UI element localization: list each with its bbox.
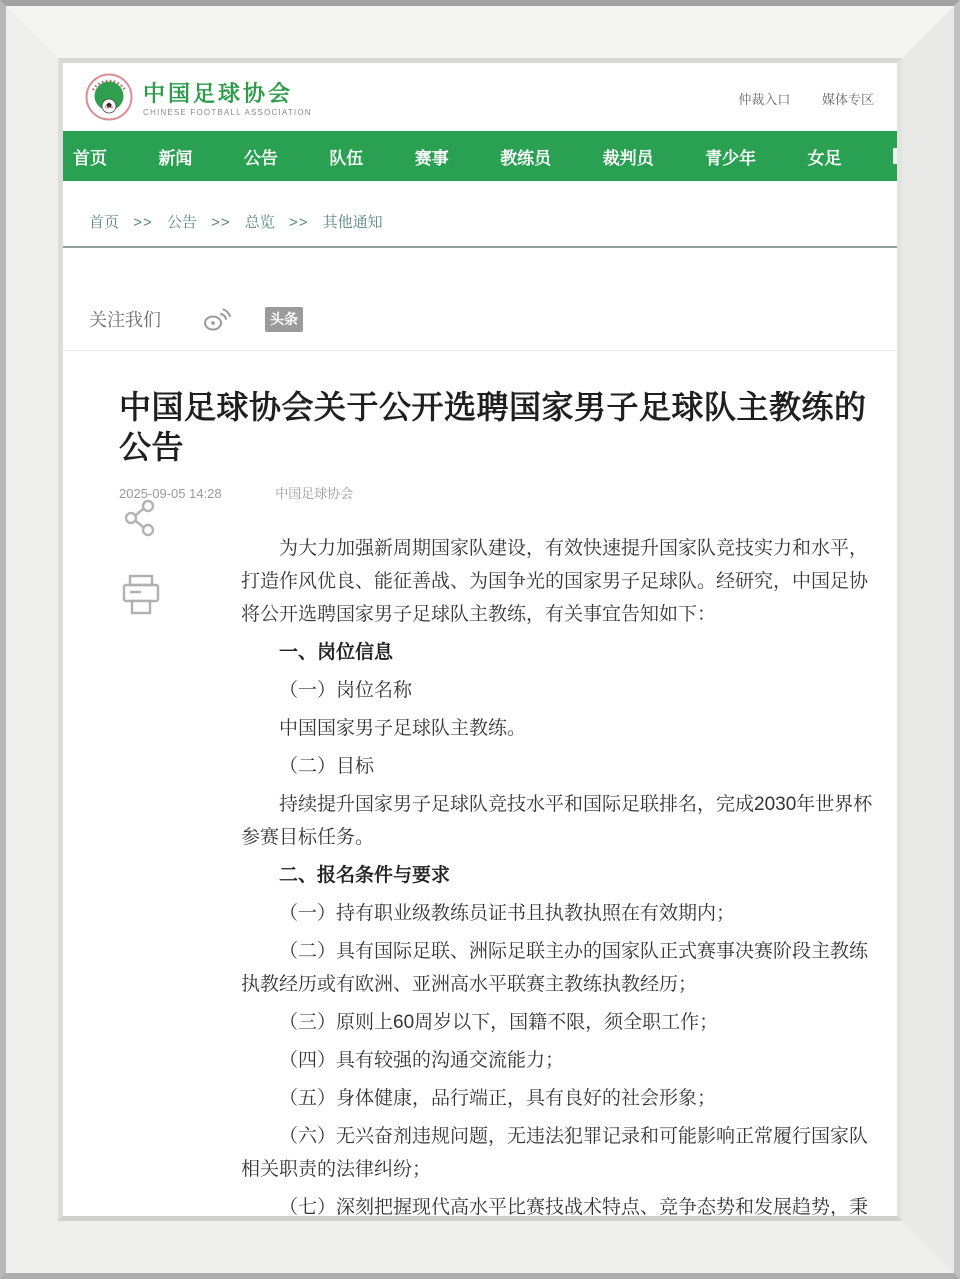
nav-item-referees[interactable]: 裁判员 [603,144,654,169]
article-paragraph: 为大力加强新周期国家队建设，有效快速提升国家队竞技实力和水平，打造作风优良、能征… [241,532,877,631]
article-title: 中国足球协会关于公开选聘国家男子足球队主教练的公告 [119,387,877,467]
article-paragraph: （二）目标 [241,750,877,783]
main-nav: 首页 新闻 公告 队伍 赛事 教练员 裁判员 青少年 女足 [63,131,897,181]
toutiao-badge-icon[interactable]: 头条 [265,307,303,332]
article-body: 为大力加强新周期国家队建设，有效快速提升国家队竞技实力和水平，打造作风优良、能征… [241,532,877,1216]
nav-item-news[interactable]: 新闻 [158,144,192,169]
article-meta: 2025-09-05 14:28 中国足球协会 [119,483,897,502]
cfa-webpage: CFA 中国足球协会 CHINESE FOOTBALL ASSOCIATION … [63,63,897,1216]
article-paragraph: （三）原则上60周岁以下，国籍不限，须全职工作； [241,1006,877,1039]
frame-inner-bevel: CFA 中国足球协会 CHINESE FOOTBALL ASSOCIATION … [58,58,902,1221]
article-section-heading: 二、报名条件与要求 [241,859,877,892]
article-paragraph: （六）无兴奋剂违规问题，无违法犯罪记录和可能影响正常履行国家队相关职责的法律纠纷… [241,1120,877,1186]
print-icon[interactable] [119,572,165,623]
nav-item-womens-football[interactable]: 女足 [808,144,842,169]
follow-us-label: 关注我们 [89,306,161,332]
article-paragraph: 持续提升国家男子足球队竞技水平和国际足联排名，完成2030年世界杯参赛目标任务。 [241,788,877,854]
article-paragraph: （四）具有较强的沟通交流能力； [241,1044,877,1077]
nav-item-clipped[interactable] [893,148,897,164]
brand-name-en: CHINESE FOOTBALL ASSOCIATION [143,108,312,117]
breadcrumb-separator: >> [211,214,231,231]
nav-item-youth[interactable]: 青少年 [705,144,756,169]
nav-item-home[interactable]: 首页 [73,144,107,169]
link-media-zone[interactable]: 媒体专区 [822,92,874,107]
nav-item-teams[interactable]: 队伍 [329,144,363,169]
article-paragraph: （二）具有国际足联、洲际足联主办的国家队正式赛事决赛阶段主教练执教经历或有欧洲、… [241,935,877,1001]
framed-screenshot: CFA 中国足球协会 CHINESE FOOTBALL ASSOCIATION … [0,0,960,1279]
nav-item-coaches[interactable]: 教练员 [500,144,551,169]
nav-item-announcements[interactable]: 公告 [244,144,278,169]
share-icon[interactable] [119,497,165,544]
breadcrumb: 首页 >> 公告 >> 总览 >> 其他通知 [63,181,897,248]
article-tools [119,497,165,651]
cfa-crest-icon: CFA [85,73,133,126]
breadcrumb-other-notices[interactable]: 其他通知 [323,214,383,231]
article-paragraph: 中国国家男子足球队主教练。 [241,712,877,745]
breadcrumb-announcements[interactable]: 公告 [167,214,197,231]
frame-outer-edge: CFA 中国足球协会 CHINESE FOOTBALL ASSOCIATION … [0,0,960,1279]
breadcrumb-home[interactable]: 首页 [89,214,119,231]
article-paragraph: （七）深刻把握现代高水平比赛技战术特点、竞争态势和发展趋势，秉持积极主动的比赛理… [241,1191,877,1216]
header-links: 仲裁入口 媒体专区 [710,89,874,108]
link-arbitration-entry[interactable]: 仲裁入口 [738,92,790,107]
article-paragraph: （一）持有职业级教练员证书且执教执照在有效期内； [241,897,877,930]
article-source: 中国足球协会 [275,486,353,501]
cfa-logo[interactable]: CFA 中国足球协会 CHINESE FOOTBALL ASSOCIATION [85,73,312,126]
frame-face: CFA 中国足球协会 CHINESE FOOTBALL ASSOCIATION … [6,6,954,1273]
breadcrumb-separator: >> [289,214,309,231]
article-paragraph: （一）岗位名称 [241,674,877,707]
nav-item-competitions[interactable]: 赛事 [415,144,449,169]
brand-text: 中国足球协会 CHINESE FOOTBALL ASSOCIATION [143,82,312,117]
article-paragraph: （五）身体健康，品行端正，具有良好的社会形象； [241,1082,877,1115]
breadcrumb-separator: >> [133,214,153,231]
site-header: CFA 中国足球协会 CHINESE FOOTBALL ASSOCIATION … [63,63,897,131]
article-section-heading: 一、岗位信息 [241,636,877,669]
svg-text:CFA: CFA [105,105,113,110]
weibo-icon[interactable] [201,305,233,333]
breadcrumb-overview[interactable]: 总览 [245,214,275,231]
article: 中国足球协会关于公开选聘国家男子足球队主教练的公告 2025-09-05 14:… [63,350,897,1216]
follow-row: 关注我们 头条 [63,248,897,336]
brand-name-cn: 中国足球协会 [143,82,312,106]
